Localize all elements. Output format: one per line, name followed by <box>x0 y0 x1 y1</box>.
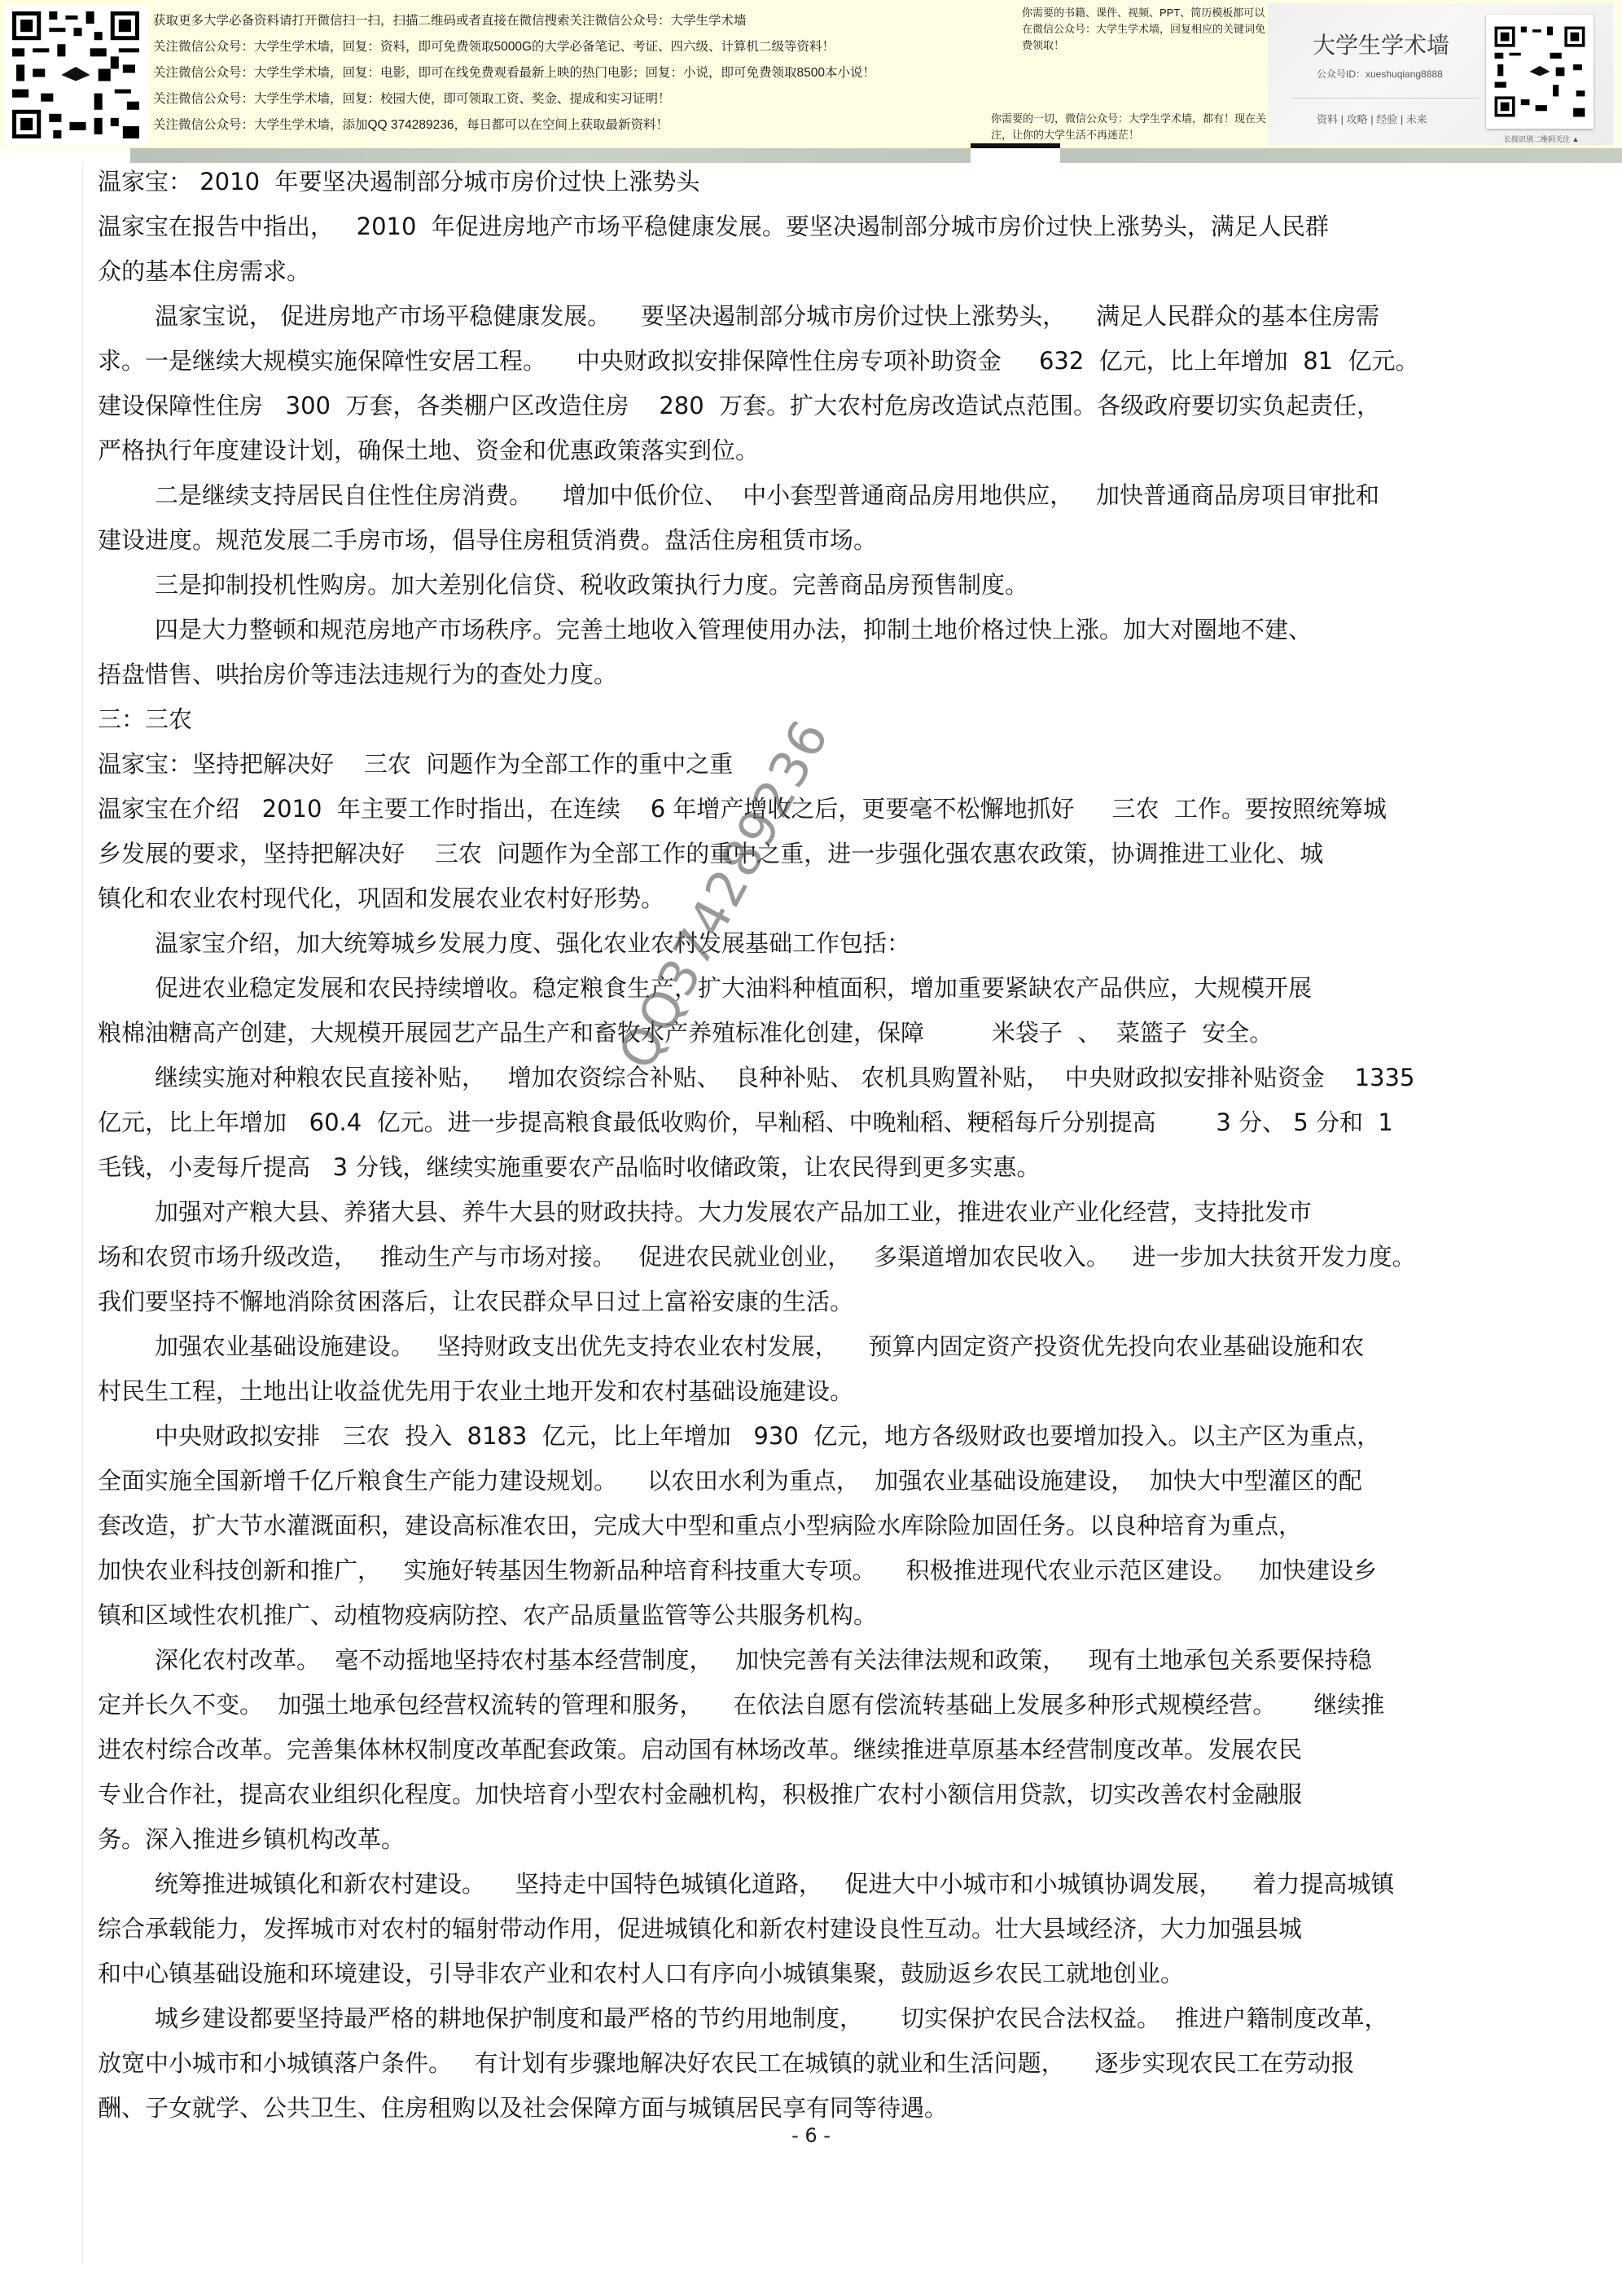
text-line: 综合承载能力，发挥城市对农村的辐射带动作用，促进城镇化和新农村建设良性互动。壮大… <box>98 1907 1612 1951</box>
text-line: 毛钱，小麦每斤提高 3 分钱，继续实施重要农产品临时收储政策，让农民得到更多实惠… <box>98 1145 1612 1190</box>
qr-code-right <box>1486 15 1594 129</box>
account-card: 大学生学术墙 公众号ID：xueshuqiang8888 资料 | 攻略 | 经… <box>1268 3 1613 145</box>
text-line: 城乡建设都要坚持最严格的耕地保护制度和最严格的节约用地制度， 切实保护农民合法权… <box>98 1996 1612 2041</box>
text-line: 和中心镇基础设施和环境建设，引导非农产业和农村人口有序向小城镇集聚，鼓励返乡农民… <box>98 1951 1612 1996</box>
account-id: 公众号ID：xueshuqiang8888 <box>1317 67 1443 81</box>
qr-code-left <box>3 5 148 145</box>
text-line: 加强对产粮大县、养猪大县、养牛大县的财政扶持。大力发展农产品加工业，推进农业产业… <box>98 1190 1612 1235</box>
text-line: 务。深入推进乡镇机构改革。 <box>98 1817 1612 1862</box>
text-line: 加快农业科技创新和推广， 实施好转基因生物新品种培育科技重大专项。 积极推进现代… <box>98 1548 1612 1593</box>
account-tags: 资料 | 攻略 | 经验 | 未来 <box>1317 111 1427 126</box>
text-line: 村民生工程，土地出让收益优先用于农业土地开发和农村基础设施建设。 <box>98 1369 1612 1414</box>
qr-caption: 长按识别二维码关注 ▲ <box>1504 134 1579 144</box>
text-line: 建设保障性住房 300 万套，各类棚户区改造住房 280 万套。扩大农村危房改造… <box>98 384 1612 428</box>
text-line: 镇化和农业农村现代化，巩固和发展农业农村好形势。 <box>98 876 1612 921</box>
text-line: 镇和区域性农机推广、动植物疫病防控、农产品质量监管等公共服务机构。 <box>98 1593 1612 1638</box>
text-line: 严格执行年度建设计划，确保土地、资金和优惠政策落实到位。 <box>98 428 1612 473</box>
text-line: 专业合作社，提高农业组织化程度。加快培育小型农村金融机构，积极推广农村小额信用贷… <box>98 1772 1612 1817</box>
text-line: 温家宝说， 促进房地产市场平稳健康发展。 要坚决遏制部分城市房价过快上涨势头， … <box>98 294 1612 339</box>
text-line: 三是抑制投机性购房。加大差别化信贷、税收政策执行力度。完善商品房预售制度。 <box>98 563 1612 608</box>
qr-code-icon <box>1492 24 1588 120</box>
text-line: 进农村综合改革。完善集体林权制度改革配套政策。启动国有林场改革。继续推进草原基本… <box>98 1727 1612 1772</box>
promo-line: 关注微信公众号：大学生学术墙，回复：资料，即可免费领取5000G的大学必备笔记、… <box>153 34 875 60</box>
text-line: 众的基本住房需求。 <box>98 249 1612 294</box>
promo-text-block: 获取更多大学必备资料请打开微信扫一扫，扫描二维码或者直接在微信搜索关注微信公众号… <box>153 8 875 138</box>
text-line: 粮棉油糖高产创建，大规模开展园艺产品生产和畜牧水产养殖标准化创建，保障 米袋子 … <box>98 1011 1612 1056</box>
page-number: - 6 - <box>0 2124 1622 2147</box>
promo-banner: 获取更多大学必备资料请打开微信扫一扫，扫描二维码或者直接在微信搜索关注微信公众号… <box>0 0 1622 148</box>
document-body: 温家宝： 2010 年要坚决遏制部分城市房价过快上涨势头温家宝在报告中指出， 2… <box>98 160 1612 2131</box>
promo-line: 获取更多大学必备资料请打开微信扫一扫，扫描二维码或者直接在微信搜索关注微信公众号… <box>153 8 875 34</box>
text-line: 温家宝在介绍 2010 年主要工作时指出，在连续 6 年增产增收之后，更要毫不松… <box>98 787 1612 832</box>
text-line: 捂盘惜售、哄抬房价等违法违规行为的查处力度。 <box>98 652 1612 697</box>
text-line: 套改造，扩大节水灌溉面积，建设高标准农田，完成大中型和重点小型病险水库除险加固任… <box>98 1504 1612 1548</box>
text-line: 继续实施对种粮农民直接补贴， 增加农资综合补贴、 良种补贴、 农机具购置补贴， … <box>98 1056 1612 1100</box>
text-line: 中央财政拟安排 三农 投入 8183 亿元，比上年增加 930 亿元，地方各级财… <box>98 1414 1612 1459</box>
text-line: 深化农村改革。 毫不动摇地坚持农村基本经营制度， 加快完善有关法律法规和政策， … <box>98 1638 1612 1683</box>
promo-line: 关注微信公众号：大学生学术墙，回复：校园大使，即可领取工资、奖金、提成和实习证明… <box>153 86 875 112</box>
text-line: 亿元，比上年增加 60.4 亿元。进一步提高粮食最低收购价，早籼稻、中晚籼稻、粳… <box>98 1100 1612 1145</box>
text-line: 建设进度。规范发展二手房市场，倡导住房租赁消费。盘活住房租赁市场。 <box>98 518 1612 563</box>
text-line: 促进农业稳定发展和农民持续增收。稳定粮食生产，扩大油料种植面积，增加重要紧缺农产… <box>98 966 1612 1011</box>
page-left-border <box>82 163 83 2264</box>
text-line: 场和农贸市场升级改造， 推动生产与市场对接。 促进农民就业创业， 多渠道增加农民… <box>98 1235 1612 1280</box>
promo-side-text: 你需要的书籍、课件、视频、PPT、简历模板都可以在微信公众号：大学生学术墙，回复… <box>1022 5 1266 54</box>
text-line: 温家宝：坚持把解决好 三农 问题作为全部工作的重中之重 <box>98 742 1612 787</box>
text-line: 温家宝： 2010 年要坚决遏制部分城市房价过快上涨势头 <box>98 160 1612 204</box>
text-line: 加强农业基础设施建设。 坚持财政支出优先支持农业农村发展， 预算内固定资产投资优… <box>98 1324 1612 1369</box>
text-line: 求。一是继续大规模实施保障性安居工程。 中央财政拟安排保障性住房专项补助资金 6… <box>98 339 1612 384</box>
text-line: 统筹推进城镇化和新农村建设。 坚持走中国特色城镇化道路， 促进大中小城市和小城镇… <box>98 1862 1612 1907</box>
promo-line: 关注微信公众号：大学生学术墙，回复：电影，即可在线免费观看最新上映的热门电影；回… <box>153 60 875 86</box>
text-line: 温家宝在报告中指出， 2010 年促进房地产市场平稳健康发展。要坚决遏制部分城市… <box>98 204 1612 249</box>
text-line: 定并长久不变。 加强土地承包经营权流转的管理和服务， 在依法自愿有偿流转基础上发… <box>98 1683 1612 1727</box>
text-line: 我们要坚持不懈地消除贫困落后，让农民群众早日过上富裕安康的生活。 <box>98 1280 1612 1324</box>
promo-line: 关注微信公众号：大学生学术墙，添加QQ 374289236，每日都可以在空间上获… <box>153 112 875 138</box>
text-line: 二是继续支持居民自住性住房消费。 增加中低价位、 中小套型普通商品房用地供应， … <box>98 473 1612 518</box>
text-line: 放宽中小城市和小城镇落户条件。 有计划有步骤地解决好农民工在城镇的就业和生活问题… <box>98 2041 1612 2086</box>
account-name: 大学生学术墙 <box>1313 28 1449 60</box>
qr-code-icon <box>8 7 143 143</box>
text-line: 三：三农 <box>98 697 1612 742</box>
promo-side-text-bottom: 你需要的一切，微信公众号：大学生学术墙，都有！现在关注，让你的大学生活不再迷茫！ <box>991 111 1268 143</box>
text-line: 全面实施全国新增千亿斤粮食生产能力建设规划。 以农田水利为重点， 加强农业基础设… <box>98 1459 1612 1504</box>
text-line: 乡发展的要求，坚持把解决好 三农 问题作为全部工作的重中之重，进一步强化强农惠农… <box>98 832 1612 876</box>
text-line: 温家宝介绍，加大统筹城乡发展力度、强化农业农村发展基础工作包括： <box>98 921 1612 966</box>
text-line: 四是大力整顿和规范房地产市场秩序。完善土地收入管理使用办法，抑制土地价格过快上涨… <box>98 608 1612 652</box>
divider <box>1292 98 1480 99</box>
